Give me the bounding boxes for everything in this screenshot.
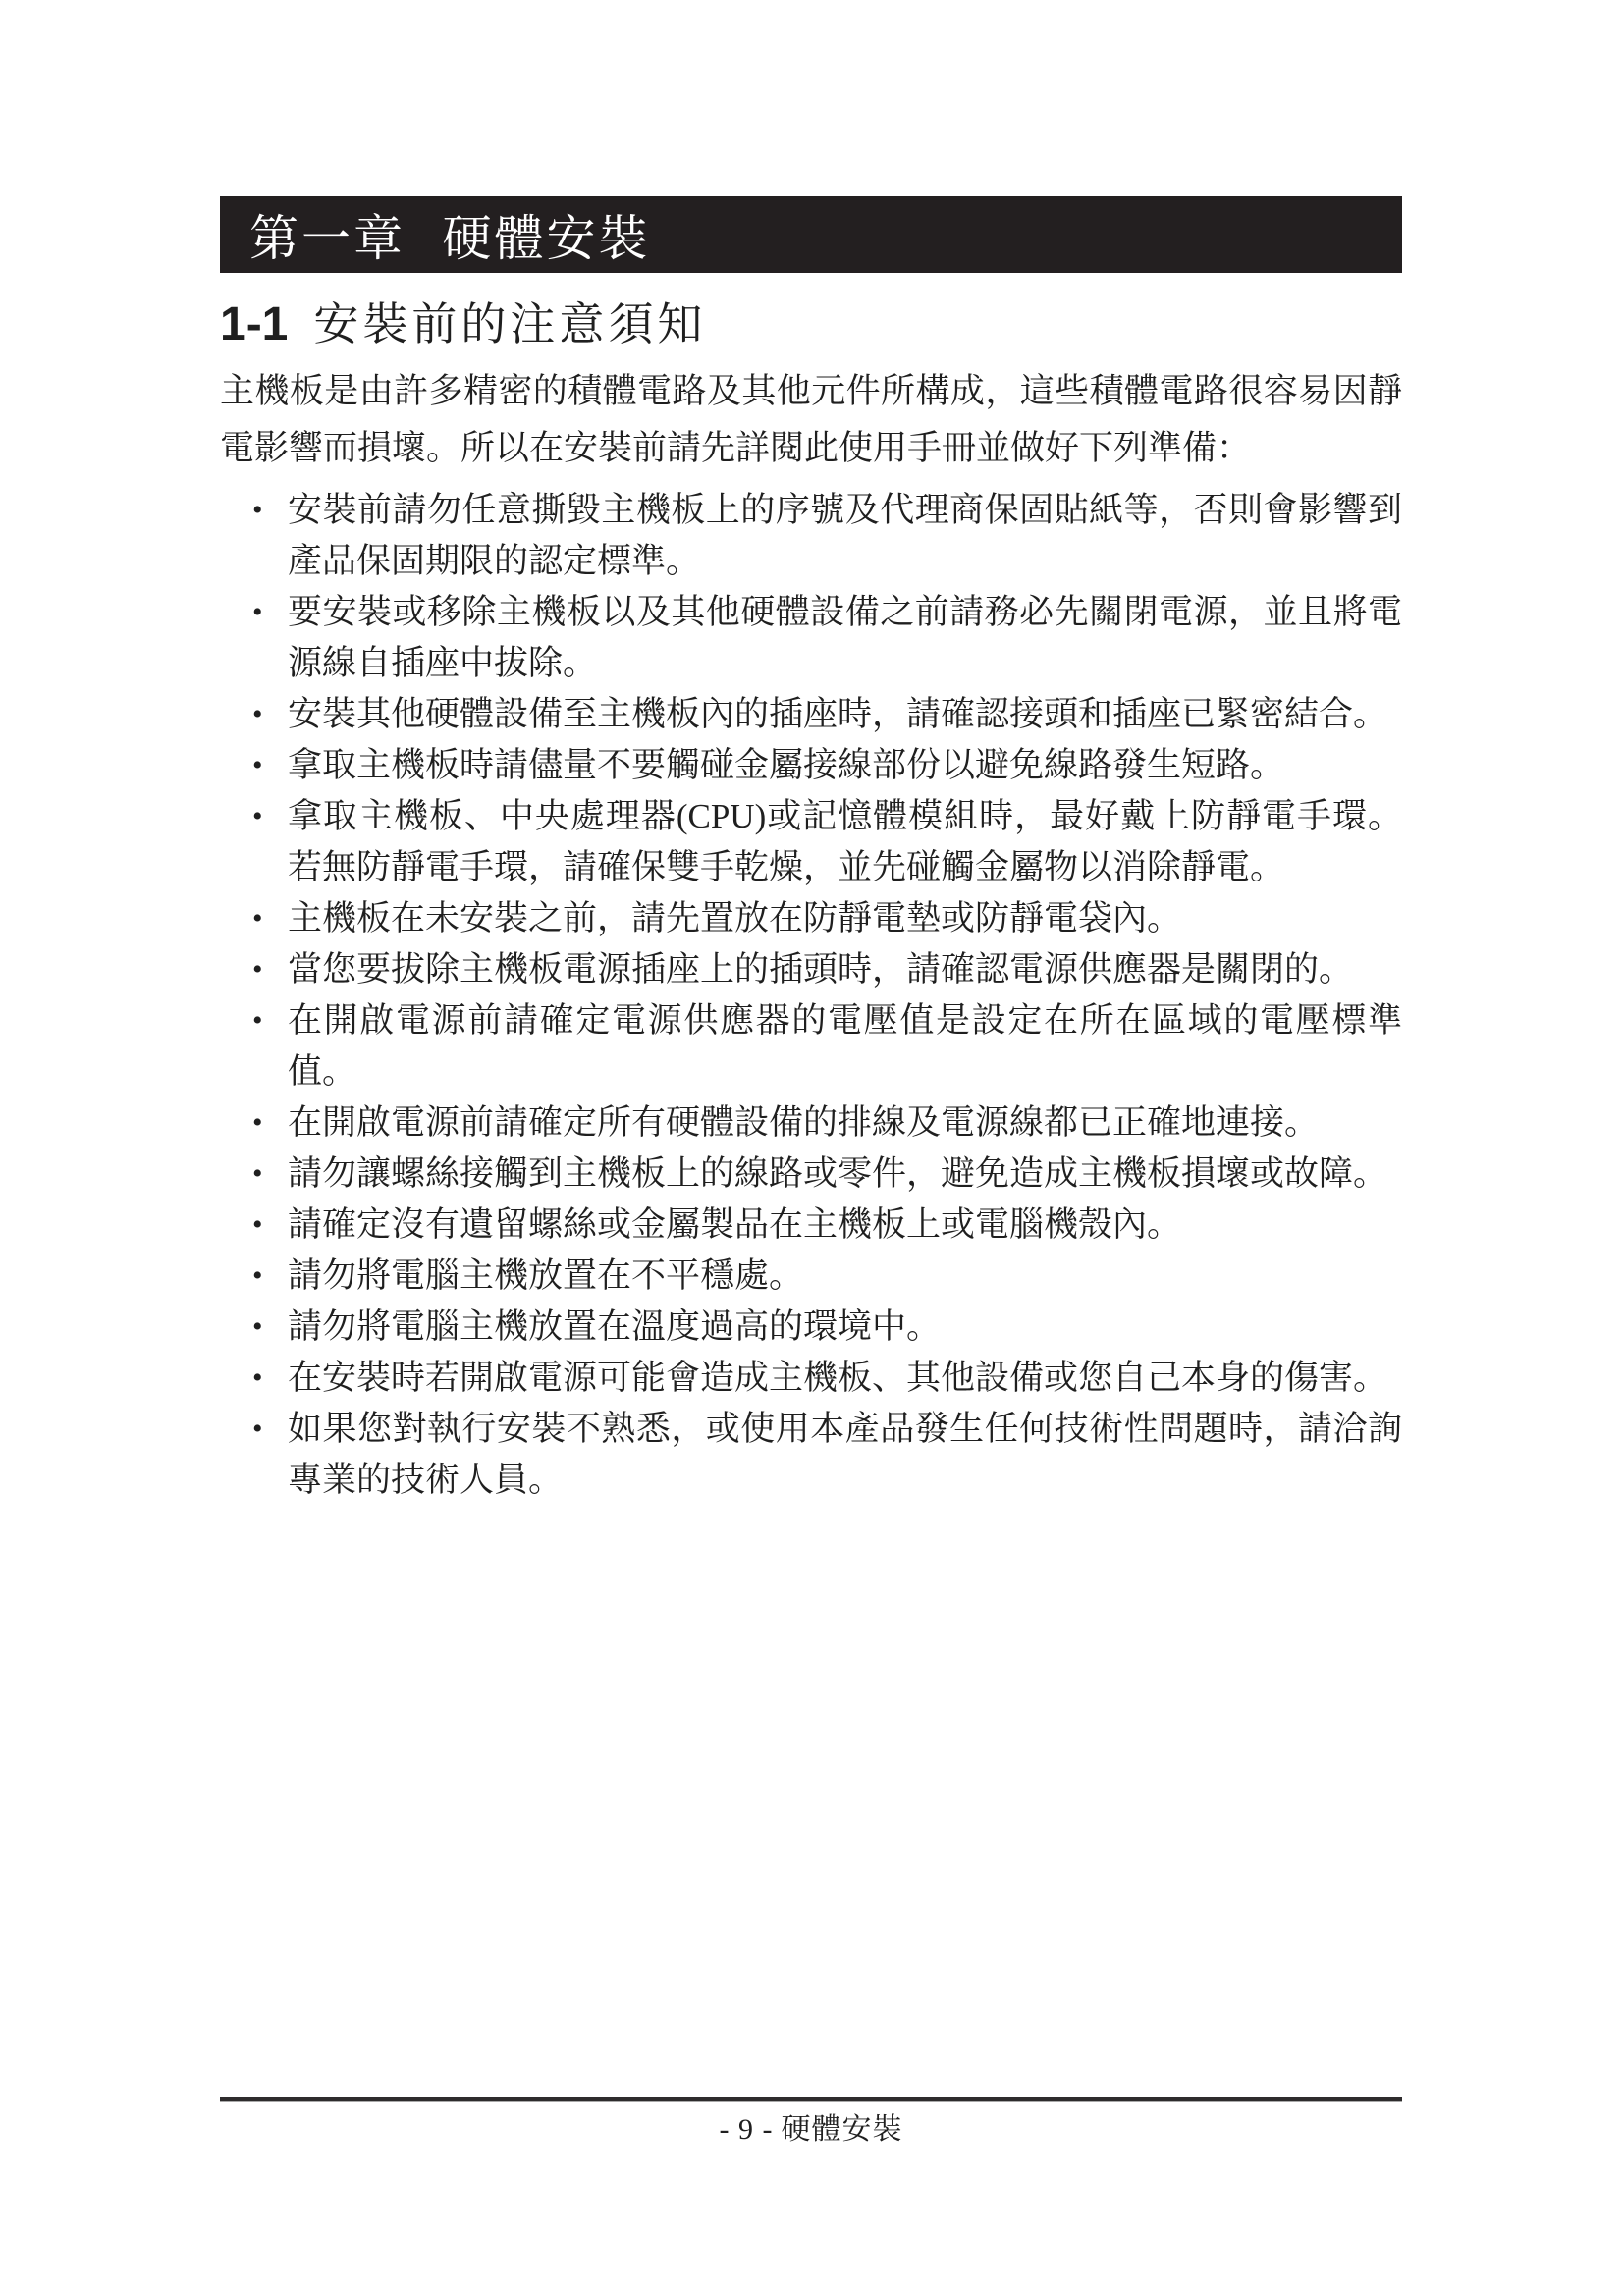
section-title: 安裝前的注意須知 — [313, 289, 706, 353]
notice-text: 安裝其他硬體設備至主機板內的插座時，請確認接頭和插座已緊密結合。 — [288, 689, 1402, 740]
page-footer: - 9 -硬體安裝 — [220, 2097, 1402, 2148]
intro-paragraph: 主機板是由許多精密的積體電路及其他元件所構成，這些積體電路很容易因靜電影響而損壞… — [220, 363, 1402, 477]
page-content: 第一章 硬體安裝 1-1 安裝前的注意須知 主機板是由許多精密的積體電路及其他元… — [220, 196, 1402, 1506]
bullet-icon: • — [252, 893, 288, 944]
list-item: • 要安裝或移除主機板以及其他硬體設備之前請務必先關閉電源，並且將電源線自插座中… — [220, 587, 1402, 689]
list-item: • 請勿將電腦主機放置在溫度過高的環境中。 — [220, 1302, 1402, 1353]
bullet-icon: • — [252, 995, 288, 1097]
bullet-icon: • — [252, 485, 288, 587]
notice-text: 在開啟電源前請確定所有硬體設備的排線及電源線都已正確地連接。 — [288, 1097, 1402, 1148]
bullet-icon: • — [252, 1200, 288, 1251]
notice-text: 拿取主機板、中央處理器(CPU)或記憶體模組時，最好戴上防靜電手環。若無防靜電手… — [288, 791, 1402, 893]
chapter-header-bar: 第一章 硬體安裝 — [220, 196, 1402, 273]
notice-text: 主機板在未安裝之前，請先置放在防靜電墊或防靜電袋內。 — [288, 893, 1402, 944]
list-item: • 安裝前請勿任意撕毀主機板上的序號及代理商保固貼紙等，否則會影響到產品保固期限… — [220, 485, 1402, 587]
bullet-icon: • — [252, 1302, 288, 1353]
bullet-icon: • — [252, 1353, 288, 1404]
list-item: • 在開啟電源前請確定電源供應器的電壓值是設定在所在區域的電壓標準值。 — [220, 995, 1402, 1097]
chapter-title: 第一章 硬體安裝 — [249, 199, 651, 270]
manual-page: 第一章 硬體安裝 1-1 安裝前的注意須知 主機板是由許多精密的積體電路及其他元… — [0, 0, 1624, 2296]
list-item: • 安裝其他硬體設備至主機板內的插座時，請確認接頭和插座已緊密結合。 — [220, 689, 1402, 740]
bullet-icon: • — [252, 740, 288, 791]
notice-text: 當您要拔除主機板電源插座上的插頭時，請確認電源供應器是關閉的。 — [288, 944, 1402, 995]
list-item: • 請勿將電腦主機放置在不平穩處。 — [220, 1251, 1402, 1302]
list-item: • 在開啟電源前請確定所有硬體設備的排線及電源線都已正確地連接。 — [220, 1097, 1402, 1148]
notice-text: 請確定沒有遺留螺絲或金屬製品在主機板上或電腦機殼內。 — [288, 1200, 1402, 1251]
bullet-icon: • — [252, 1251, 288, 1302]
footer-rule — [220, 2097, 1402, 2102]
list-item: • 請勿讓螺絲接觸到主機板上的線路或零件，避免造成主機板損壞或故障。 — [220, 1148, 1402, 1200]
bullet-icon: • — [252, 1148, 288, 1200]
footer-chapter-label: 硬體安裝 — [781, 2113, 902, 2146]
list-item: • 拿取主機板、中央處理器(CPU)或記憶體模組時，最好戴上防靜電手環。若無防靜… — [220, 791, 1402, 893]
notice-text: 在開啟電源前請確定電源供應器的電壓值是設定在所在區域的電壓標準值。 — [288, 995, 1402, 1097]
list-item: • 如果您對執行安裝不熟悉，或使用本產品發生任何技術性問題時，請洽詢專業的技術人… — [220, 1404, 1402, 1506]
bullet-icon: • — [252, 689, 288, 740]
page-number: - 9 - — [720, 2113, 774, 2146]
bullet-icon: • — [252, 791, 288, 893]
notice-text: 要安裝或移除主機板以及其他硬體設備之前請務必先關閉電源，並且將電源線自插座中拔除… — [288, 587, 1402, 689]
list-item: • 在安裝時若開啟電源可能會造成主機板、其他設備或您自己本身的傷害。 — [220, 1353, 1402, 1404]
section-number: 1-1 — [220, 297, 288, 351]
notice-text: 如果您對執行安裝不熟悉，或使用本產品發生任何技術性問題時，請洽詢專業的技術人員。 — [288, 1404, 1402, 1506]
bullet-icon: • — [252, 944, 288, 995]
list-item: • 拿取主機板時請儘量不要觸碰金屬接線部份以避免線路發生短路。 — [220, 740, 1402, 791]
list-item: • 當您要拔除主機板電源插座上的插頭時，請確認電源供應器是關閉的。 — [220, 944, 1402, 995]
list-item: • 請確定沒有遺留螺絲或金屬製品在主機板上或電腦機殼內。 — [220, 1200, 1402, 1251]
notice-text: 安裝前請勿任意撕毀主機板上的序號及代理商保固貼紙等，否則會影響到產品保固期限的認… — [288, 485, 1402, 587]
notice-text: 在安裝時若開啟電源可能會造成主機板、其他設備或您自己本身的傷害。 — [288, 1353, 1402, 1404]
bullet-icon: • — [252, 1404, 288, 1506]
section-heading: 1-1 安裝前的注意須知 — [220, 289, 1402, 353]
footer-text: - 9 -硬體安裝 — [220, 2105, 1402, 2148]
notice-text: 請勿將電腦主機放置在溫度過高的環境中。 — [288, 1302, 1402, 1353]
bullet-icon: • — [252, 587, 288, 689]
notice-list: • 安裝前請勿任意撕毀主機板上的序號及代理商保固貼紙等，否則會影響到產品保固期限… — [220, 485, 1402, 1506]
notice-text: 請勿將電腦主機放置在不平穩處。 — [288, 1251, 1402, 1302]
notice-text: 拿取主機板時請儘量不要觸碰金屬接線部份以避免線路發生短路。 — [288, 740, 1402, 791]
bullet-icon: • — [252, 1097, 288, 1148]
list-item: • 主機板在未安裝之前，請先置放在防靜電墊或防靜電袋內。 — [220, 893, 1402, 944]
notice-text: 請勿讓螺絲接觸到主機板上的線路或零件，避免造成主機板損壞或故障。 — [288, 1148, 1402, 1200]
